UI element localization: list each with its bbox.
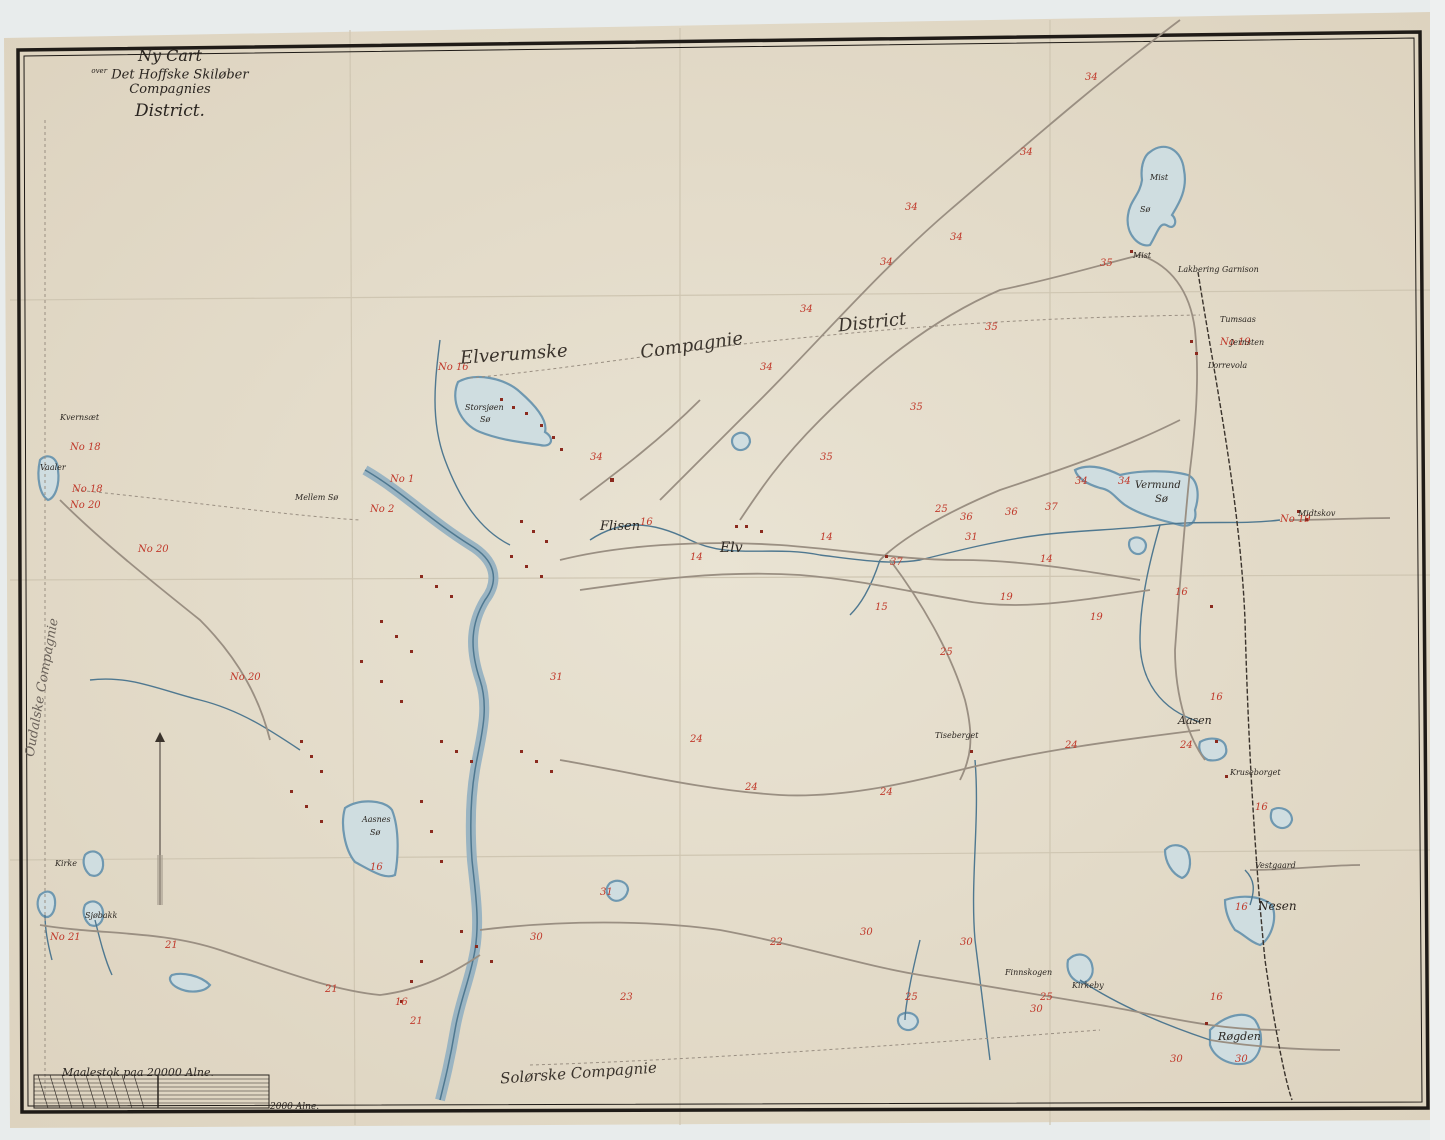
svg-text:Sø: Sø [480,415,490,424]
svg-text:36: 36 [960,512,973,523]
lake-sw-2 [84,851,103,875]
title-company: Det Hoffske Skiløber Compagnies [111,67,248,97]
map-canvas: No 16 No 1 No 2 No 18 No 18 No 20 No 20 … [0,0,1445,1140]
scale-label: Maalestok paa 20000 Alne. [62,1066,214,1079]
svg-text:34: 34 [880,257,893,268]
svg-text:Aasnes: Aasnes [361,815,391,824]
svg-text:34: 34 [1118,476,1131,487]
lake-sw-1 [38,892,55,917]
svg-text:14: 14 [690,552,703,563]
svg-text:Finnskogen: Finnskogen [1004,968,1052,977]
svg-text:16: 16 [370,862,383,873]
lake-n-small [732,433,750,450]
svg-text:25: 25 [904,992,918,1003]
svg-text:36: 36 [1005,507,1018,518]
svg-text:25: 25 [939,647,953,658]
svg-text:No 20: No 20 [137,544,169,555]
svg-text:Midtskov: Midtskov [1297,509,1336,518]
svg-text:23: 23 [619,992,633,1003]
svg-text:Kvernsæt: Kvernsæt [59,413,100,422]
svg-text:34: 34 [1075,476,1088,487]
svg-text:Tiseberget: Tiseberget [935,731,979,740]
svg-text:Sø: Sø [370,828,380,837]
svg-text:24: 24 [744,782,758,793]
svg-text:Mist: Mist [1149,173,1169,182]
svg-text:Vermund: Vermund [1135,480,1181,491]
svg-text:34: 34 [950,232,963,243]
svg-text:No 21: No 21 [49,932,81,943]
svg-text:30: 30 [960,937,973,948]
svg-text:No 20: No 20 [69,500,101,511]
svg-text:16: 16 [1255,802,1268,813]
svg-text:34: 34 [1020,147,1033,158]
svg-text:Sjøbakk: Sjøbakk [85,911,118,920]
svg-text:30: 30 [530,932,543,943]
svg-text:30: 30 [1235,1054,1248,1065]
svg-text:21: 21 [164,940,178,951]
svg-text:No 20: No 20 [229,672,261,683]
svg-text:Vestgaard: Vestgaard [1255,861,1296,870]
paper-background [4,12,1440,1128]
scan-backing [1430,0,1445,1140]
svg-text:24: 24 [689,734,703,745]
svg-text:31: 31 [965,532,978,543]
svg-text:21: 21 [324,984,338,995]
svg-text:Elv: Elv [719,540,743,556]
title-line-1: Ny Cart [60,46,280,65]
svg-text:25: 25 [1039,992,1053,1003]
svg-text:25: 25 [934,504,948,515]
svg-text:34: 34 [800,304,813,315]
svg-text:15: 15 [875,602,888,613]
svg-text:22: 22 [769,937,783,948]
svg-text:16: 16 [1175,587,1188,598]
svg-text:31: 31 [550,672,563,683]
svg-text:Aasen: Aasen [1177,714,1212,727]
svg-text:Kirkeby: Kirkeby [1071,981,1104,990]
svg-text:34: 34 [1085,72,1098,83]
svg-text:19: 19 [1000,592,1013,603]
svg-text:16: 16 [1210,992,1223,1003]
svg-text:No 2: No 2 [369,504,394,515]
svg-text:No 18: No 18 [69,442,101,453]
svg-text:Nesen: Nesen [1257,899,1297,913]
svg-text:16: 16 [1210,692,1223,703]
svg-text:35: 35 [820,452,833,463]
svg-text:34: 34 [905,202,918,213]
title-over: over [91,67,107,75]
map-title: Ny Cart over Det Hoffske Skiløber Compag… [60,46,280,121]
svg-text:Storsjøen: Storsjøen [465,403,504,412]
svg-text:14: 14 [1040,554,1053,565]
svg-text:30: 30 [1170,1054,1183,1065]
svg-text:16: 16 [640,517,653,528]
svg-text:Røgden: Røgden [1217,1030,1261,1043]
svg-text:No 18: No 18 [71,484,103,495]
svg-text:Lakbering Garnison: Lakbering Garnison [1177,265,1259,274]
svg-text:35: 35 [1100,258,1113,269]
svg-text:No 1: No 1 [389,474,414,485]
svg-text:24: 24 [1064,740,1078,751]
svg-text:Tumsaas: Tumsaas [1220,315,1256,324]
svg-text:Jernsten: Jernsten [1228,338,1264,347]
svg-text:30: 30 [1030,1004,1043,1015]
svg-text:Sø: Sø [1155,494,1169,505]
svg-text:Vaaler: Vaaler [40,463,67,472]
svg-text:Lorrevola: Lorrevola [1207,361,1247,370]
svg-text:31: 31 [600,887,613,898]
svg-text:19: 19 [1090,612,1103,623]
svg-text:Sø: Sø [1140,205,1150,214]
svg-text:14: 14 [820,532,833,543]
svg-text:37: 37 [890,557,903,568]
historic-map-sheet: No 16 No 1 No 2 No 18 No 18 No 20 No 20 … [0,0,1445,1140]
svg-text:24: 24 [879,787,893,798]
svg-text:16: 16 [395,997,408,1008]
lake-small-e [1271,808,1292,828]
svg-text:21: 21 [409,1016,423,1027]
svg-text:35: 35 [910,402,923,413]
svg-text:Mellem Sø: Mellem Sø [294,493,338,502]
title-line-3: District. [60,101,280,121]
svg-text:Mist: Mist [1132,251,1152,260]
scale-end-label: 2000 Alne. [270,1102,319,1112]
title-line-2: over Det Hoffske Skiløber Compagnies [60,67,280,97]
svg-text:34: 34 [590,452,603,463]
svg-text:Flisen: Flisen [599,519,640,534]
svg-text:16: 16 [1235,902,1248,913]
svg-text:35: 35 [985,322,998,333]
svg-text:Kruseborget: Kruseborget [1229,768,1281,777]
lake-s-small [898,1013,918,1030]
svg-text:30: 30 [860,927,873,938]
svg-text:37: 37 [1045,502,1058,513]
lake-vermund-s [1129,538,1146,554]
svg-text:24: 24 [1179,740,1193,751]
svg-text:Kirke: Kirke [54,859,77,868]
svg-text:34: 34 [760,362,773,373]
